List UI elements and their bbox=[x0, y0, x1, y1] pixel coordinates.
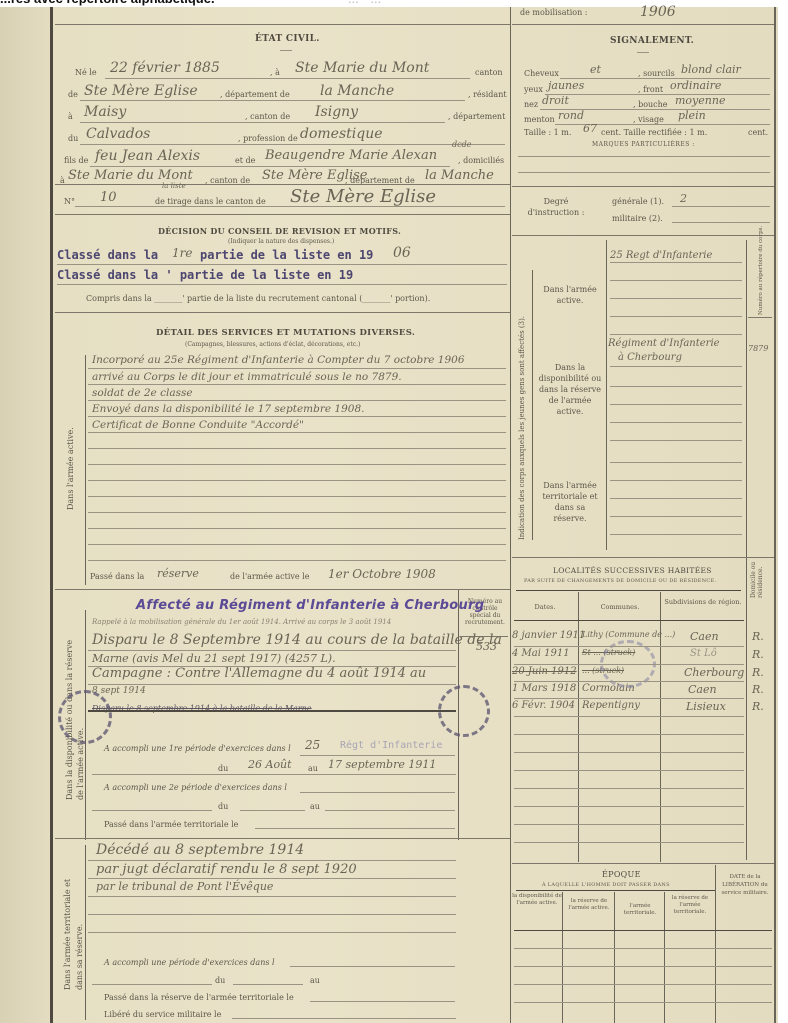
localite-date: 4 Mai 1911 bbox=[512, 648, 570, 659]
localite-subdivision: Lisieux bbox=[686, 700, 726, 713]
reserve-line-3: Campagne : Contre l'Allemagne du 4 août … bbox=[92, 666, 426, 681]
services-side-label: Dans l'armée active. bbox=[66, 427, 75, 510]
corps-dispo-label: Dans la disponibilité ou dans la réserve… bbox=[536, 362, 604, 417]
localite-date: 20 Juin 1912 bbox=[512, 666, 577, 677]
signalement-title: SIGNALEMENT. bbox=[610, 36, 694, 46]
domicilies-label: , domiciliés bbox=[458, 156, 504, 165]
menton: rond bbox=[558, 109, 584, 122]
mother-name: Beaugendre Marie Alexan bbox=[265, 148, 437, 163]
exercice2-du-label: du bbox=[218, 802, 228, 811]
epoque-header-territoriale: l'armée territoriale. bbox=[616, 903, 664, 917]
taille-value: 67 bbox=[583, 122, 597, 135]
numero-value: 10 bbox=[100, 190, 117, 205]
header-strip-faded: - ... - ... bbox=[340, 0, 381, 6]
exercice2-au-label: au bbox=[310, 802, 320, 811]
epoque-header-reserve-territoriale: la réserve de l'armée territoriale. bbox=[666, 895, 714, 916]
passe-date: 1er Octobre 1908 bbox=[328, 567, 436, 581]
birth-departement: la Manche bbox=[320, 83, 394, 99]
localite-subdivision: St Lô bbox=[690, 648, 717, 659]
visage-label: , visage bbox=[633, 115, 664, 124]
birth-canton: Ste Mère Eglise bbox=[84, 83, 198, 99]
localites-domicile-header: Domicile ou résidence. bbox=[750, 558, 764, 598]
corps-dispo-value: Régiment d'Infanterie bbox=[608, 338, 720, 349]
localite-subdivision: Caen bbox=[690, 630, 719, 643]
localites-subtitle: PAR SUITE DE CHANGEMENTS DE DOMICILE OU … bbox=[524, 578, 716, 584]
du-label: du bbox=[68, 134, 78, 143]
exercice2-label: A accompli une 2e période d'exercices da… bbox=[104, 783, 287, 792]
bouche: moyenne bbox=[675, 94, 725, 107]
decision-line-1-prefix: Classé dans la bbox=[57, 248, 158, 262]
localite-commune: Lithy (Commune de ...) bbox=[582, 630, 675, 639]
corps-dispo-value-2: à Cherbourg bbox=[618, 352, 682, 363]
terr-exercice-label: A accompli une période d'exercices dans … bbox=[104, 958, 275, 967]
tirage-canton: Ste Mère Eglise bbox=[290, 186, 436, 207]
page-edge bbox=[778, 7, 788, 1023]
exercice1-label: A accompli une 1re période d'exercices d… bbox=[104, 744, 291, 753]
localite-type: R. bbox=[752, 666, 764, 679]
localite-subdivision: Caen bbox=[688, 683, 717, 696]
reserve-line-1: Disparu le 8 Septembre 1914 au cours de … bbox=[92, 632, 502, 648]
terr-reserve-label: Passé dans la réserve de l'armée territo… bbox=[104, 993, 294, 1002]
localite-date: 1 Mars 1918 bbox=[512, 683, 576, 694]
tirage-label: de tirage dans le canton de bbox=[155, 197, 266, 206]
nez: droit bbox=[542, 94, 569, 107]
visage: plein bbox=[678, 109, 706, 122]
cheveux: et bbox=[590, 63, 601, 76]
profession: domestique bbox=[300, 126, 383, 142]
corps-numero-label: Numéro au répertoire du corps. bbox=[758, 226, 764, 315]
terr-au-label: au bbox=[310, 976, 320, 985]
ne-le-label: Né le bbox=[75, 68, 97, 77]
yeux: jaunes bbox=[548, 79, 584, 92]
generale-value: 2 bbox=[680, 192, 687, 205]
service-line-3: soldat de 2e classe bbox=[92, 387, 193, 399]
et-de-label: et de bbox=[235, 156, 255, 165]
domicile-dept: la Manche bbox=[425, 168, 494, 183]
localite-type: R. bbox=[752, 700, 764, 713]
localite-date: 6 Févr. 1904 bbox=[512, 700, 575, 711]
numero-label: N° bbox=[64, 197, 75, 206]
residant-label: , résidant bbox=[468, 90, 507, 99]
decision-subtitle: (Indiquer la nature des dispenses.) bbox=[228, 238, 334, 245]
localite-type: R. bbox=[752, 630, 764, 643]
passe-value: réserve bbox=[157, 567, 199, 580]
yeux-label: yeux bbox=[524, 85, 543, 94]
de-label: de bbox=[68, 90, 78, 99]
services-subtitle: (Campagnes, blessures, actions d'éclat, … bbox=[185, 341, 360, 348]
localite-commune: Repentigny bbox=[582, 700, 640, 711]
divider-top-right bbox=[512, 24, 774, 25]
liste-note: la liste bbox=[162, 182, 186, 190]
residence-a-label: à bbox=[68, 112, 73, 121]
corps-side-label: Indication des corps auxquels les jeunes… bbox=[518, 316, 526, 540]
rappel-line: Rappelé à la mobilisation générale du 1e… bbox=[92, 618, 391, 626]
divider-top-left bbox=[55, 24, 510, 25]
profession-label: , profession de bbox=[238, 134, 298, 143]
compris-line: Compris dans la _______' partie de la li… bbox=[86, 294, 430, 303]
fils-label: fils de bbox=[64, 156, 88, 165]
localite-date: 8 janvier 1911 bbox=[512, 630, 585, 641]
localites-title: LOCALITÉS SUCCESSIVES HABITÉES bbox=[553, 566, 712, 575]
service-line-4: Envoyé dans la disponibilité le 17 septe… bbox=[92, 403, 364, 415]
sourcils: blond clair bbox=[681, 63, 741, 76]
exercice1-unit: 25 bbox=[305, 738, 320, 752]
localite-type: R. bbox=[752, 648, 764, 661]
localite-type: R. bbox=[752, 683, 764, 696]
corps-terr-label: Dans l'armée territoriale et dans sa rés… bbox=[538, 480, 602, 524]
epoque-header-reserve-active: la réserve de l'armée active. bbox=[564, 898, 614, 912]
residence-departement: Calvados bbox=[86, 126, 150, 142]
taille-label: Taille : 1 m. bbox=[524, 128, 571, 137]
corps-active-value: 25 Regt d'Infanterie bbox=[610, 250, 712, 261]
front-label: , front bbox=[638, 85, 663, 94]
reserve-line-2: Marne (avis Mel du 21 sept 1917) (4257 L… bbox=[92, 652, 336, 665]
birth-date: 22 février 1885 bbox=[110, 60, 220, 76]
residence-canton: Isigny bbox=[315, 104, 358, 120]
territoriale-line-2: par jugt déclaratif rendu le 8 sept 1920 bbox=[96, 862, 357, 877]
libere-label: Libéré du service militaire le bbox=[104, 1010, 221, 1019]
services-title: DÉTAIL DES SERVICES ET MUTATIONS DIVERSE… bbox=[156, 328, 415, 338]
territoriale-line-1: Décédé au 8 septembre 1914 bbox=[96, 842, 304, 858]
cheveux-label: Cheveux bbox=[524, 69, 559, 78]
column-divider bbox=[510, 7, 511, 1023]
territoriale-label: Passé dans l'armée territoriale le bbox=[104, 820, 238, 829]
exercice1-stamp: Régt d'Infanterie bbox=[340, 740, 442, 751]
mobilisation-value: 1906 bbox=[640, 4, 676, 20]
passe-label: Passé dans la bbox=[90, 572, 144, 581]
territoriale-line-3: par le tribunal de Pont l'Évêque bbox=[96, 880, 273, 893]
service-line-1: Incorporé au 25e Régiment d'Infanterie à… bbox=[92, 354, 465, 366]
epoque-header-dispo: la disponibilité de l'armée active. bbox=[512, 893, 562, 907]
generale-label: générale (1). bbox=[612, 197, 664, 206]
departement-label: , département de bbox=[220, 90, 290, 99]
decision-line-1-suffix: partie de la liste en 19 bbox=[200, 248, 373, 262]
service-line-5: Certificat de Bonne Conduite "Accordé" bbox=[92, 419, 304, 431]
nez-label: nez bbox=[524, 100, 538, 109]
corps-dispo-num: 7879 bbox=[748, 344, 768, 353]
corps-active-label: Dans l'armée active. bbox=[540, 284, 600, 306]
mobilisation-label: de mobilisation : bbox=[520, 8, 587, 17]
residence: Maisy bbox=[84, 104, 126, 120]
militaire-label: militaire (2). bbox=[612, 214, 663, 223]
localites-header-communes: Communes. bbox=[580, 603, 660, 611]
epoque-title: ÉPOQUE bbox=[602, 870, 641, 879]
localites-header-subdivisions: Subdivisions de région. bbox=[662, 598, 744, 606]
header-strip-text: ...res avec répertoire alphabétique. bbox=[0, 0, 215, 6]
marques-label: MARQUES PARTICULIÈRES : bbox=[592, 141, 695, 148]
exercice1-du-label: du bbox=[218, 764, 228, 773]
menton-label: menton bbox=[524, 115, 555, 124]
decision-line-1-year: 06 bbox=[393, 245, 411, 261]
exercice1-au: 17 septembre 1911 bbox=[328, 758, 436, 771]
a-label: , à bbox=[270, 68, 280, 77]
right-border bbox=[774, 7, 776, 1023]
departement-label-2: , département bbox=[448, 112, 505, 121]
territoriale-side-label: Dans l'armée territoriale et dans sa rés… bbox=[62, 860, 86, 990]
birth-place: Ste Marie du Mont bbox=[295, 60, 429, 76]
father-name: feu Jean Alexis bbox=[95, 148, 200, 164]
decision-line-2: Classé dans la ' partie de la liste en 1… bbox=[57, 268, 353, 282]
left-binding-line bbox=[50, 7, 53, 1023]
localite-subdivision: Cherbourg bbox=[684, 666, 744, 679]
affectation-stamp: Affecté au Régiment d'Infanterie à Cherb… bbox=[136, 598, 484, 613]
domicile: Ste Marie du Mont bbox=[68, 168, 193, 183]
etat-civil-title: ÉTAT CIVIL. bbox=[255, 34, 320, 44]
exercice1-du: 26 Août bbox=[248, 758, 292, 771]
localites-header-dates: Dates. bbox=[514, 603, 576, 611]
terr-du-label: du bbox=[215, 976, 225, 985]
instruction-label: Degré d'instruction : bbox=[526, 196, 586, 218]
taille-end-label: cent. bbox=[748, 128, 768, 137]
bouche-label: , bouche bbox=[633, 100, 668, 109]
epoque-date-header: DATE de la LIBÉRATION du service militai… bbox=[718, 873, 772, 897]
front: ordinaire bbox=[670, 79, 721, 92]
service-line-2: arrivé au Corps le dit jour et immatricu… bbox=[92, 371, 402, 383]
canton-label: canton bbox=[475, 68, 503, 77]
passe-mid: de l'armée active le bbox=[230, 572, 309, 581]
circular-seal-left bbox=[58, 690, 112, 744]
circular-seal-right bbox=[438, 685, 490, 737]
taille-cent-label: cent. Taille rectifiée : 1 m. bbox=[601, 128, 707, 137]
exercice1-au-label: au bbox=[308, 764, 318, 773]
mother-note: dcde bbox=[452, 140, 471, 149]
sourcils-label: , sourcils bbox=[638, 69, 675, 78]
epoque-subtitle: À LAQUELLE L'HOMME DOIT PASSER DANS bbox=[542, 882, 670, 888]
decision-title: DÉCISION DU CONSEIL DE REVISION ET MOTIF… bbox=[158, 226, 401, 236]
decision-line-1-partie: 1re bbox=[172, 246, 192, 260]
canton-de-label: , canton de bbox=[245, 112, 290, 121]
